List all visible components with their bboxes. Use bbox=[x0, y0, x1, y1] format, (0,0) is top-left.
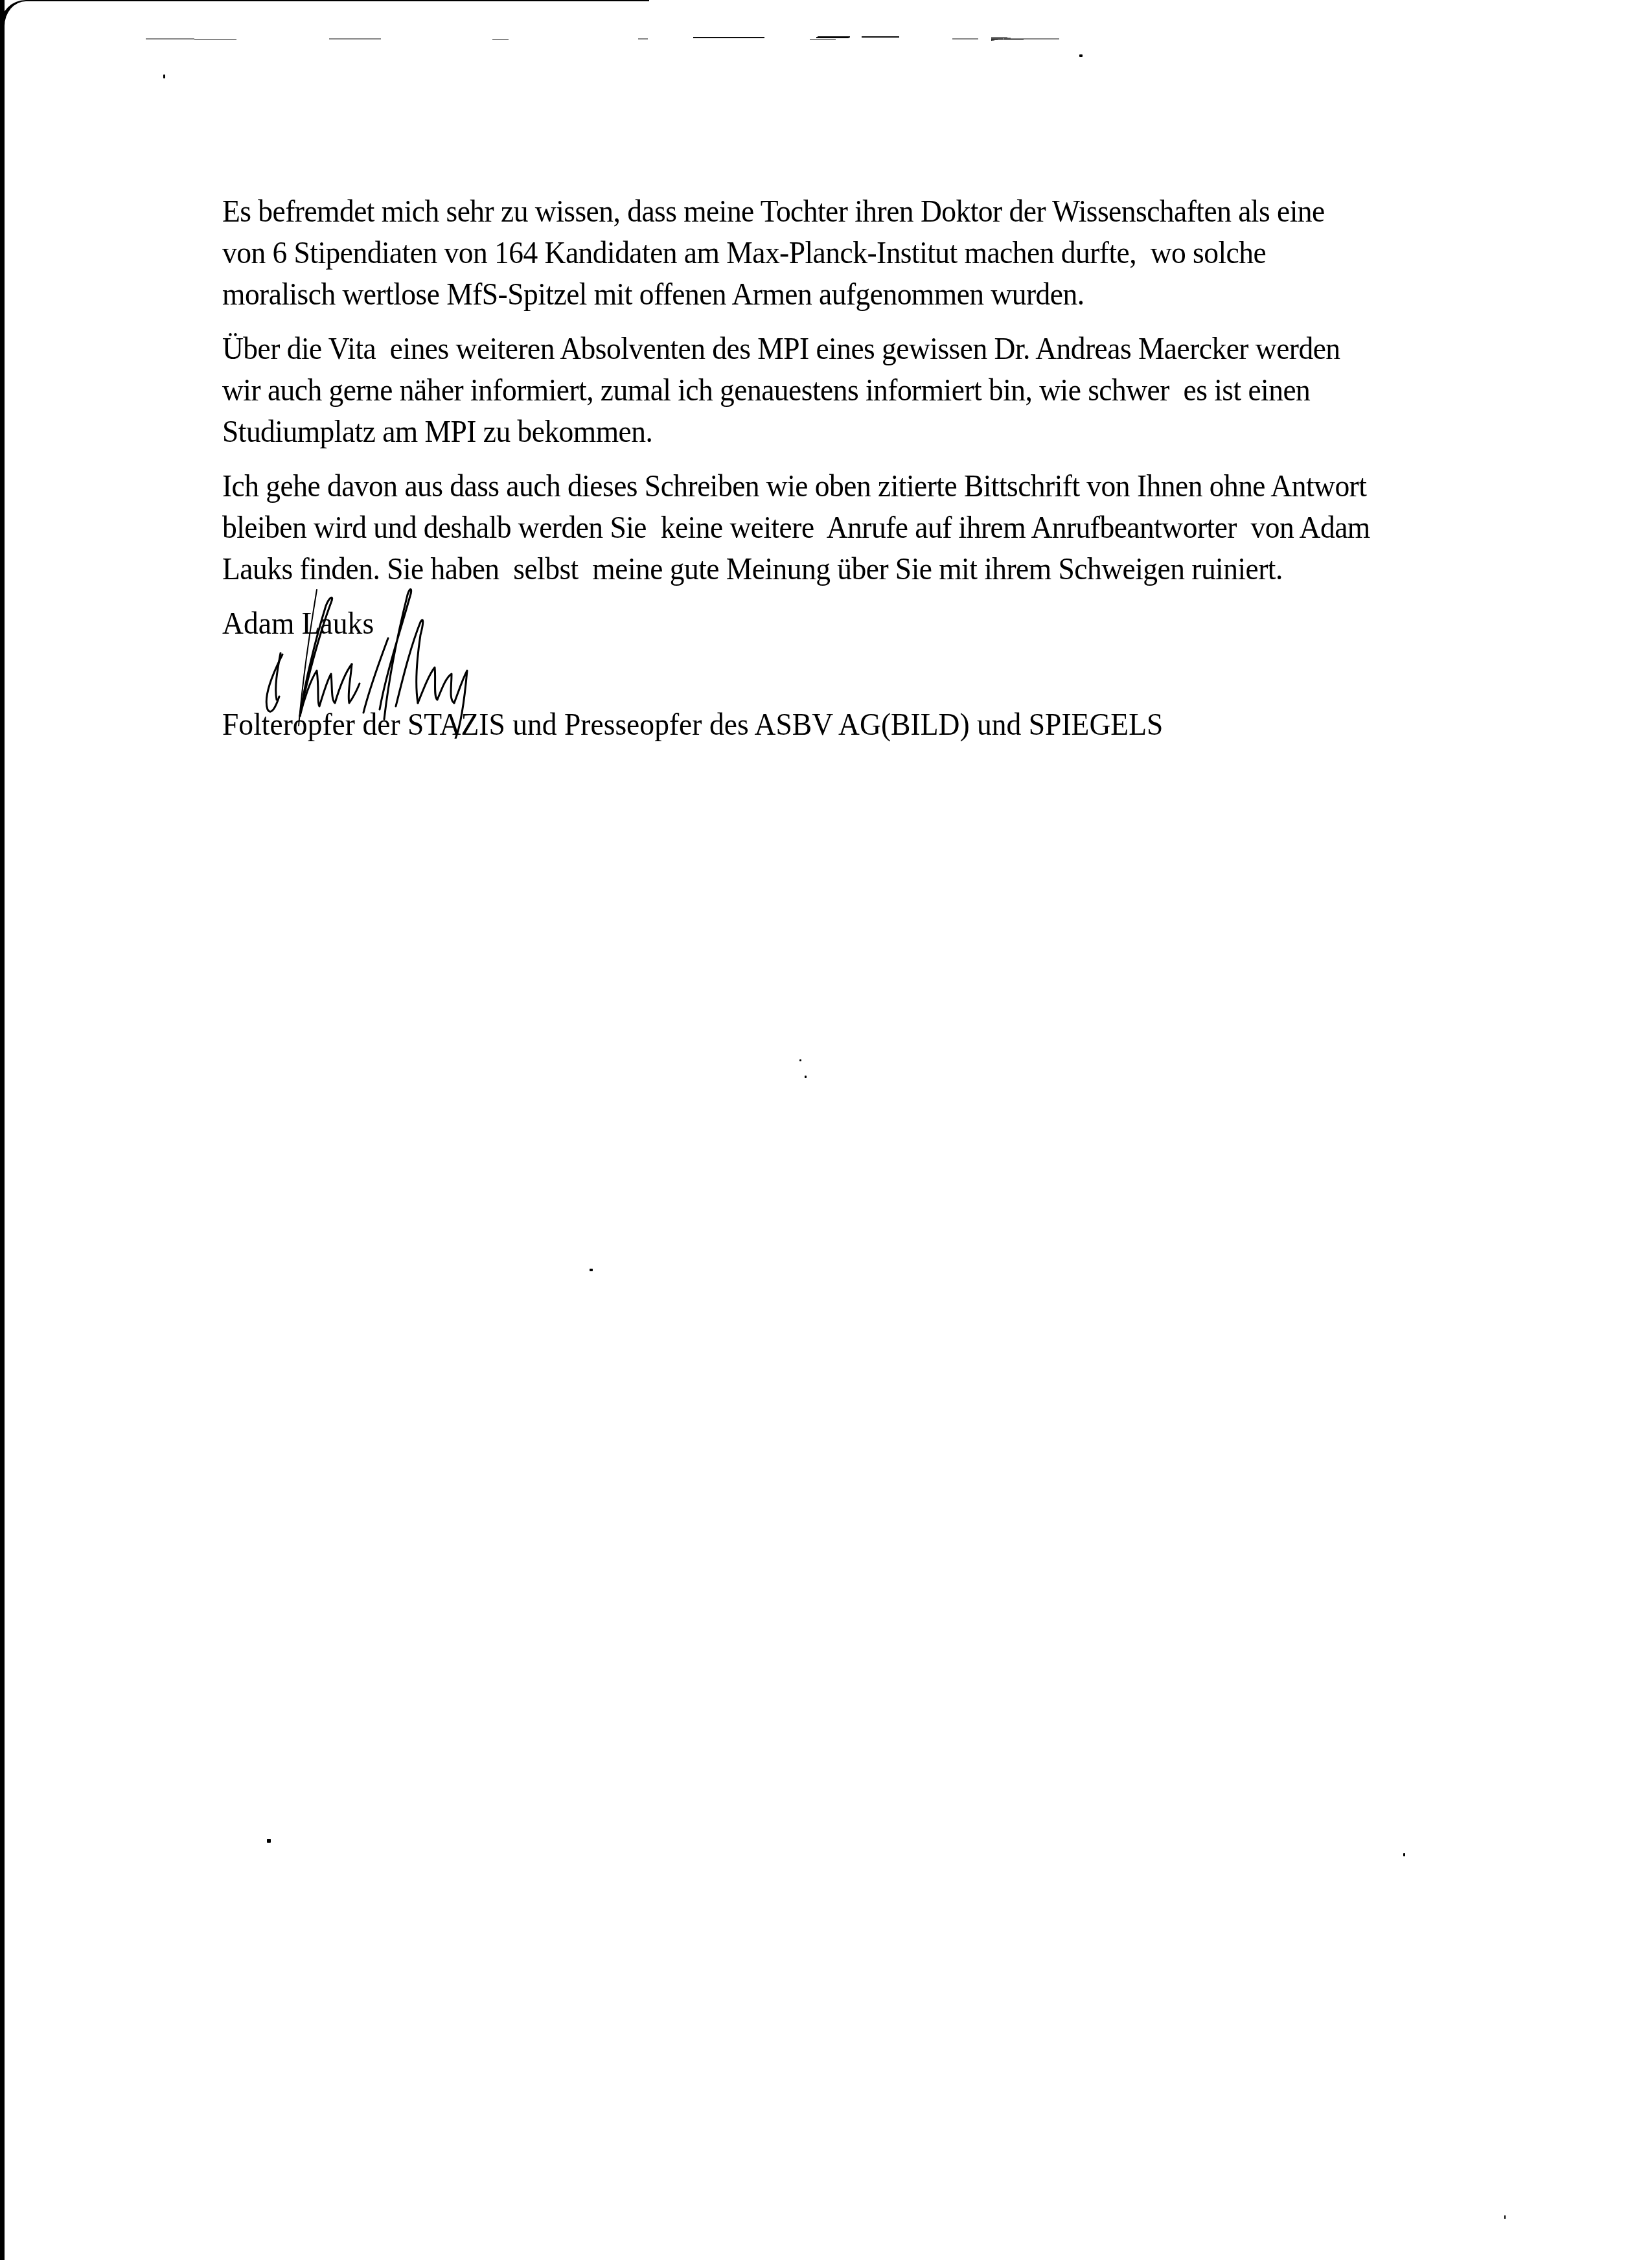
scan-left-edge bbox=[0, 0, 5, 2260]
text-line: wir auch gerne näher informiert, zumal i… bbox=[222, 369, 1440, 411]
paragraph-3: Ich gehe davon aus dass auch dieses Schr… bbox=[222, 465, 1531, 590]
paragraph-1: Es befremdet mich sehr zu wissen, dass m… bbox=[222, 190, 1531, 315]
text-line: Es befremdet mich sehr zu wissen, dass m… bbox=[222, 190, 1440, 232]
signer-title: Folteropfer der STAZIS und Presseopfer d… bbox=[222, 704, 1440, 745]
signer-name: Adam Lauks bbox=[222, 603, 1440, 644]
text-line: Lauks finden. Sie haben selbst meine gut… bbox=[222, 548, 1440, 590]
scan-corner bbox=[0, 0, 41, 41]
signature-block: Adam Lauks Folteropfer der STAZIS und Pr… bbox=[222, 603, 1531, 745]
text-line: von 6 Stipendiaten von 164 Kandidaten am… bbox=[222, 232, 1440, 273]
text-line: Ich gehe davon aus dass auch dieses Schr… bbox=[222, 465, 1440, 507]
text-line: Über die Vita eines weiteren Absolventen… bbox=[222, 328, 1440, 369]
text-line: Studiumplatz am MPI zu bekommen. bbox=[222, 411, 1440, 452]
scan-top-line bbox=[40, 0, 649, 1]
text-line: moralisch wertlose MfS-Spitzel mit offen… bbox=[222, 273, 1440, 315]
text-line: bleiben wird und deshalb werden Sie kein… bbox=[222, 507, 1440, 548]
letter-body: Es befremdet mich sehr zu wissen, dass m… bbox=[222, 190, 1531, 745]
paragraph-2: Über die Vita eines weiteren Absolventen… bbox=[222, 328, 1531, 452]
